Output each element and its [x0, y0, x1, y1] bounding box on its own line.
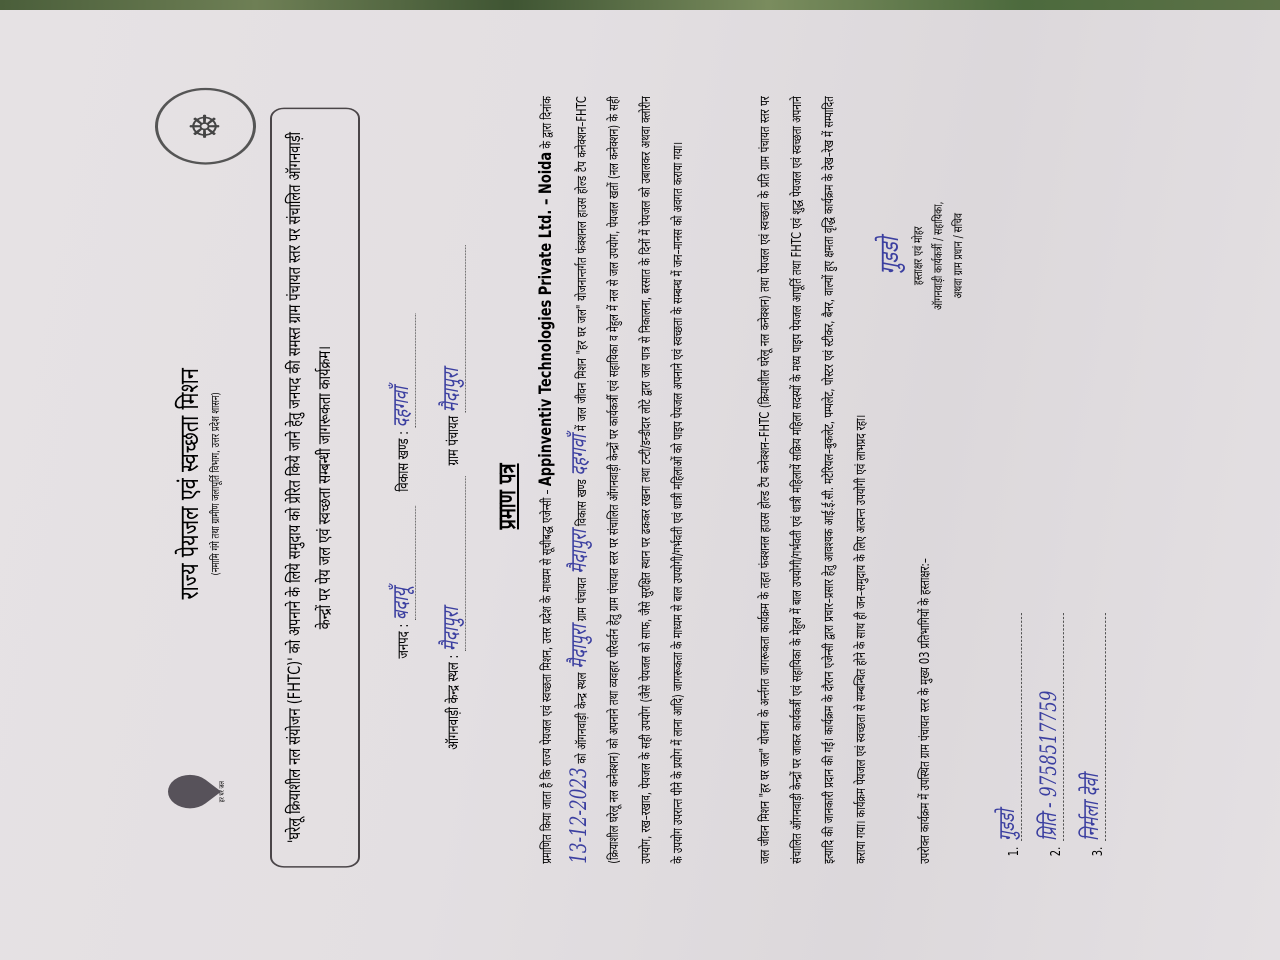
janpad-field: जनपद : बदायूँ विकास खण्ड : दहगवाँ: [385, 313, 416, 658]
gram-panchayat-value: मैदापुरा: [439, 368, 464, 412]
participant-row: 2. प्रिति - 9758517759: [1022, 613, 1064, 856]
vikas-khand-value: दहगवाँ: [389, 387, 414, 428]
certificate-paragraph-2: जल जीवन मिशन "हर घर जल" योजना के अर्न्तग…: [750, 96, 878, 864]
participant-row: 3. निर्मला देवी: [1064, 613, 1106, 856]
certificate-paragraph-1: प्रमाणित किया जाता है कि राज्य पेयजल एवं…: [530, 96, 695, 864]
certificate-title: प्रमाण पत्र: [490, 463, 523, 529]
agency-name: Appinventiv Technologies Private Ltd. – …: [536, 152, 556, 486]
state-emblem-icon: ☸: [155, 88, 256, 165]
anganwadi-value: मैदापुरा: [439, 607, 464, 651]
har-ghar-jal-logo: हर घर जल: [168, 765, 227, 818]
authority-signature: गुडडो: [880, 127, 900, 385]
participant-signatures: 1. गुडडो 2. प्रिति - 9758517759 3. निर्म…: [980, 613, 1106, 856]
water-drop-icon: [159, 768, 221, 815]
participant-row: 1. गुडडो: [980, 613, 1022, 856]
anganwadi-field: ऑगनवाड़ी केन्द्र स्थल : मैदापुरा ग्राम प…: [435, 245, 466, 750]
event-date: 13-12-2023: [567, 767, 592, 863]
janpad-value: बदायूँ: [389, 588, 414, 620]
page-title: राज्य पेयजल एवं स्वच्छता मिशन: [170, 271, 206, 697]
program-description-box: 'घरेलू क्रियाशील नल संयोजन (FHTC)' को अप…: [270, 108, 360, 868]
participants-heading: उपरोक्त कार्यक्रम में उपस्थित ग्राम पंचा…: [910, 377, 942, 863]
document: हर घर जल राज्य पेयजल एवं स्वच्छता मिशन (…: [150, 13, 1090, 955]
authority-signature-block: गुडडो हस्ताक्षर एवं मोहर ऑगनवाड़ी कार्यक…: [880, 127, 968, 385]
page-subtitle: (नमामि गंगे तथा ग्रामीण जलापूर्ति विभाग,…: [208, 271, 223, 697]
